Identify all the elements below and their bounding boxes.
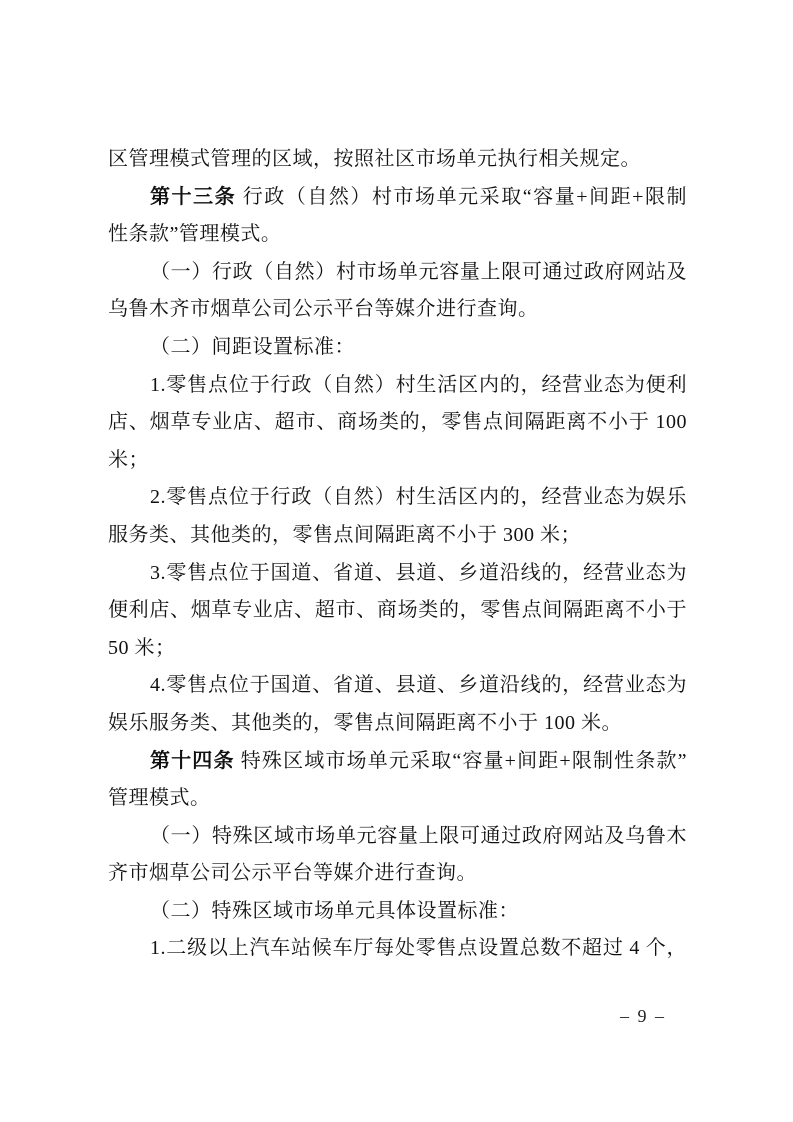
document-body: 区管理模式管理的区域，按照社区市场单元执行相关规定。第十三条 行政（自然）村市场… [108,141,687,968]
text-line: 1.二级以上汽车站候车厅每处零售点设置总数不超过 4 个， [108,930,687,968]
text-line: 4.零售点位于国道、省道、县道、乡道沿线的，经营业态为 [108,667,687,705]
text-line: 1.零售点位于行政（自然）村生活区内的，经营业态为便利 [108,367,687,405]
text-run: 2.零售点位于行政（自然）村生活区内的，经营业态为娱乐 [150,486,687,508]
text-run: 3.零售点位于国道、省道、县道、乡道沿线的，经营业态为 [150,562,687,584]
text-line: 乌鲁木齐市烟草公司公示平台等媒介进行查询。 [108,291,687,329]
text-run: 米； [108,449,149,471]
text-line: （一）特殊区域市场单元容量上限可通过政府网站及乌鲁木 [108,818,687,856]
text-line: 性条款”管理模式。 [108,216,687,254]
text-run: （二）间距设置标准： [150,336,355,358]
text-line: 服务类、其他类的，零售点间隔距离不小于 300 米； [108,517,687,555]
text-line: 3.零售点位于国道、省道、县道、乡道沿线的，经营业态为 [108,555,687,593]
text-run: （一）特殊区域市场单元容量上限可通过政府网站及乌鲁木 [150,825,687,847]
article-heading-run: 第十四条 [150,750,235,772]
text-run: 1.二级以上汽车站候车厅每处零售点设置总数不超过 4 个， [150,937,687,959]
article-heading-run: 第十三条 [150,186,236,208]
text-run: 娱乐服务类、其他类的，零售点间隔距离不小于 100 米。 [108,712,622,734]
text-line: 管理模式。 [108,780,687,818]
text-run: 乌鲁木齐市烟草公司公示平台等媒介进行查询。 [108,298,539,320]
text-line: 区管理模式管理的区域，按照社区市场单元执行相关规定。 [108,141,687,179]
text-line: （二）间距设置标准： [108,329,687,367]
text-line: 娱乐服务类、其他类的，零售点间隔距离不小于 100 米。 [108,705,687,743]
text-line: 便利店、烟草专业店、超市、商场类的，零售点间隔距离不小于 [108,592,687,630]
text-line: 米； [108,442,687,480]
text-line: 2.零售点位于行政（自然）村生活区内的，经营业态为娱乐 [108,479,687,517]
text-run: 性条款”管理模式。 [108,223,281,245]
document-page: 区管理模式管理的区域，按照社区市场单元执行相关规定。第十三条 行政（自然）村市场… [0,0,793,1122]
text-run: 4.零售点位于国道、省道、县道、乡道沿线的，经营业态为 [150,674,687,696]
text-run: 管理模式。 [108,787,211,809]
text-run: 50 米； [108,637,176,659]
text-run: 便利店、烟草专业店、超市、商场类的，零售点间隔距离不小于 [108,599,687,621]
text-line: 第十四条 特殊区域市场单元采取“容量+间距+限制性条款” [108,743,687,781]
text-run: 店、烟草专业店、超市、商场类的，零售点间隔距离不小于 100 [108,411,687,433]
text-line: 齐市烟草公司公示平台等媒介进行查询。 [108,855,687,893]
text-line: 第十三条 行政（自然）村市场单元采取“容量+间距+限制 [108,179,687,217]
text-line: 店、烟草专业店、超市、商场类的，零售点间隔距离不小于 100 [108,404,687,442]
text-run: 服务类、其他类的，零售点间隔距离不小于 300 米； [108,524,581,546]
text-line: （二）特殊区域市场单元具体设置标准： [108,893,687,931]
text-run: （一）行政（自然）村市场单元容量上限可通过政府网站及 [150,261,687,283]
text-line: 50 米； [108,630,687,668]
text-run: 1.零售点位于行政（自然）村生活区内的，经营业态为便利 [150,374,687,396]
text-run: 齐市烟草公司公示平台等媒介进行查询。 [108,862,477,884]
text-run: 特殊区域市场单元采取“容量+间距+限制性条款” [235,750,687,772]
text-run: 行政（自然）村市场单元采取“容量+间距+限制 [236,186,687,208]
page-number: – 9 – [593,1002,693,1030]
text-line: （一）行政（自然）村市场单元容量上限可通过政府网站及 [108,254,687,292]
text-run: 区管理模式管理的区域，按照社区市场单元执行相关规定。 [108,148,641,170]
text-run: （二）特殊区域市场单元具体设置标准： [150,900,519,922]
